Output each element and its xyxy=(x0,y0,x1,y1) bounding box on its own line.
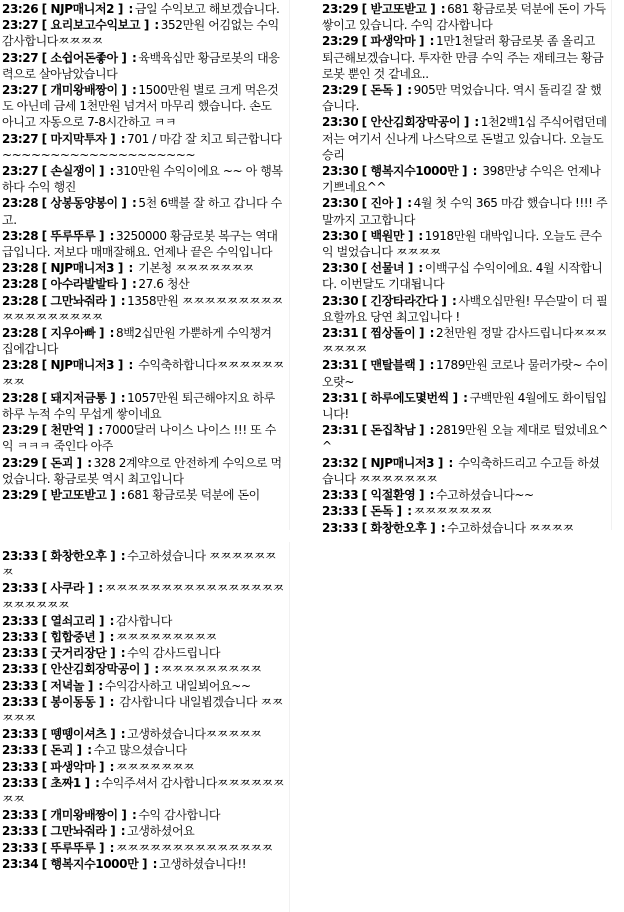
message-separator: : xyxy=(416,229,424,243)
message-separator: : xyxy=(108,326,116,340)
message-username: 안산김회장막공이 xyxy=(42,662,149,676)
chat-message: 23:33 뗑뗑이셔츠 :고생하셨습니다ㅉㅉㅉㅉㅉ xyxy=(2,726,286,742)
message-username: 천만억 xyxy=(42,423,93,437)
message-time: 23:27 xyxy=(2,51,38,65)
message-username: 손실쟁이 xyxy=(42,164,105,178)
message-time: 23:33 xyxy=(2,662,38,676)
chat-message: 23:34 행복지수1000만 :고생하셨습니다!! xyxy=(2,856,286,872)
message-separator: : xyxy=(428,358,436,372)
message-time: 23:34 xyxy=(2,857,38,871)
message-username: 상봉동양봉이 xyxy=(42,196,127,210)
message-time: 23:29 xyxy=(2,488,38,502)
message-username: 굿거리장단 xyxy=(42,646,116,660)
message-separator: : xyxy=(151,857,159,871)
message-time: 23:33 xyxy=(2,727,38,741)
message-separator: : xyxy=(96,581,104,595)
message-username: 봉이동동 xyxy=(42,695,105,709)
chat-message: 23:33 돈독 :ㅉㅉㅉㅉㅉㅉㅉ xyxy=(322,503,608,519)
message-username: 개미왕배짱이 xyxy=(42,808,127,822)
message-username: 백원만 xyxy=(362,229,413,243)
message-separator: : xyxy=(119,727,127,741)
message-time: 23:29 xyxy=(2,423,38,437)
message-separator: : xyxy=(126,2,134,16)
message-text: 수고하셨습니다 ㅉㅉㅉㅉ xyxy=(447,521,574,535)
message-time: 23:33 xyxy=(2,760,38,774)
message-separator: : xyxy=(93,776,101,790)
chat-message: 23:33 사쿠라 :ㅉㅉㅉㅉㅉㅉㅉㅉㅉㅉㅉㅉㅉㅉㅉㅉㅉㅉㅉㅉㅉㅉ xyxy=(2,580,286,612)
message-username: 행복지수1000만 xyxy=(362,164,468,178)
chat-log-top-left: 23:26 NJP매니저2 :금일 수익보고 해보겠습니다.23:27 요리보고… xyxy=(0,0,290,530)
message-separator: : xyxy=(108,695,116,709)
message-time: 23:31 xyxy=(322,423,358,437)
message-text: 수익감사하고 내일뵈어요~~ xyxy=(105,679,251,693)
message-text: ㅉㅉㅉㅉㅉㅉㅉㅉㅉㅉㅉㅉㅉㅉ xyxy=(116,841,273,855)
message-separator: : xyxy=(119,488,127,502)
chat-message: 23:30 긴장타라간다 :사백오십만원! 무슨말이 더 필요할까요 당연 최고… xyxy=(322,293,608,325)
chat-messages: 23:26 NJP매니저2 :금일 수익보고 해보겠습니다.23:27 요리보고… xyxy=(2,1,286,503)
message-separator: : xyxy=(416,261,424,275)
chat-message: 23:33 안산김회장막공이 :ㅉㅉㅉㅉㅉㅉㅉㅉㅉ xyxy=(2,661,286,677)
chat-message: 23:30 안산김회장막공이 :1천2백1십 주식어렵던데 저는 여기서 신나게… xyxy=(322,114,608,163)
message-username: 뚜루뚜루 xyxy=(42,229,105,243)
message-username: 아수라발발타 xyxy=(42,277,127,291)
message-time: 23:33 xyxy=(322,521,358,535)
chat-message: 23:28 아수라발발타 :27.6 청산 xyxy=(2,276,286,292)
message-time: 23:33 xyxy=(2,808,38,822)
chat-message: 23:28 상봉동양봉이 :5천 6백불 잘 하고 갑니다 수고. xyxy=(2,195,286,227)
chat-message: 23:32 NJP매니저3 : 수익축하드리고 수고들 하셨습니다 ㅉㅉㅉㅉㅉㅉ… xyxy=(322,455,608,487)
message-separator: : xyxy=(119,294,127,308)
chat-message: 23:31 맨탈블랙 :1789만원 코로나 물러가랏~ 수이 오랏~ xyxy=(322,357,608,389)
message-separator: : xyxy=(461,391,469,405)
message-time: 23:33 xyxy=(2,630,38,644)
message-username: 돼지저금통 xyxy=(42,391,116,405)
chat-message: 23:29 받고또받고 :681 황금로봇 덕분에 돈이 가득 쌓이고 있습니다… xyxy=(322,1,608,33)
message-time: 23:27 xyxy=(2,83,38,97)
message-time: 23:28 xyxy=(2,196,38,210)
message-username: 개미왕배짱이 xyxy=(42,83,127,97)
chat-message: 23:31 하루에도몇번씩 :구백만원 4월에도 화이팁입니다! xyxy=(322,390,608,422)
message-username: 파생악마 xyxy=(42,760,105,774)
message-time: 23:33 xyxy=(2,549,38,563)
message-username: 돈독 xyxy=(362,83,402,97)
message-time: 23:33 xyxy=(2,614,38,628)
chat-message: 23:29 돈괴 :328 2계약으로 안전하게 수익으로 먹었습니다. 황금로… xyxy=(2,455,286,487)
message-text: 기본청 ㅉㅉㅉㅉㅉㅉㅉ xyxy=(135,261,254,275)
message-separator: : xyxy=(428,423,436,437)
message-time: 23:33 xyxy=(322,488,358,502)
message-username: 돈집착남 xyxy=(362,423,425,437)
message-separator: : xyxy=(405,83,413,97)
chat-message: 23:33 화창한오후 :수고하셨습니다 ㅉㅉㅉㅉ xyxy=(322,520,608,536)
chat-message: 23:33 초짜1 :수익주셔서 감사합니다ㅉㅉㅉㅉㅉㅉㅉㅉ xyxy=(2,775,286,807)
message-separator: : xyxy=(446,456,454,470)
message-username: 선물녀 xyxy=(362,261,413,275)
chat-message: 23:33 뚜루뚜루 :ㅉㅉㅉㅉㅉㅉㅉㅉㅉㅉㅉㅉㅉㅉ xyxy=(2,840,286,856)
chat-message: 23:29 돈독 :905만 먹었습니다. 역시 돌리길 잘 했습니다. xyxy=(322,82,608,114)
message-username: 그만놔줘라 xyxy=(42,824,116,838)
message-username: 익절환영 xyxy=(362,488,425,502)
chat-message: 23:27 개미왕배짱이 :1500만원 별로 크게 먹은것도 아닌데 금세 1… xyxy=(2,82,286,131)
message-separator: : xyxy=(96,679,104,693)
message-username: NJP매니저3 xyxy=(42,261,123,275)
message-separator: : xyxy=(119,646,127,660)
chat-message: 23:33 돈괴 :수고 많으셨습니다 xyxy=(2,742,286,758)
message-text: ㅉㅉㅉㅉㅉㅉㅉㅉㅉ xyxy=(116,630,217,644)
message-separator: : xyxy=(108,760,116,774)
message-separator: : xyxy=(439,521,447,535)
message-text: ㅉㅉㅉㅉㅉㅉㅉ xyxy=(414,504,492,518)
message-time: 23:28 xyxy=(2,229,38,243)
message-text: 681 황금로봇 덕분에 돈이 xyxy=(127,488,260,502)
chat-message: 23:29 파생악마 :1만1천달러 황금로봇 좀 올리고 퇴근해보겠습니다. … xyxy=(322,33,608,82)
chat-message: 23:33 봉이동동 : 감사합니다 내일뵙겠습니다 ㅉㅉㅉㅉㅉ xyxy=(2,694,286,726)
chat-message: 23:33 저녁놀 :수익감사하고 내일뵈어요~~ xyxy=(2,678,286,694)
message-username: 요리보고수익보고 xyxy=(42,18,149,32)
message-username: 화창한오후 xyxy=(362,521,436,535)
message-separator: : xyxy=(108,229,116,243)
chat-message: 23:27 소쉽어돈좋아 :육백육십만 황금로봇의 대응력으로 살아남았습니다 xyxy=(2,50,286,82)
message-separator: : xyxy=(119,824,127,838)
message-username: 받고또받고 xyxy=(42,488,116,502)
chat-message: 23:30 백원만 :1918만원 대박입니다. 오늘도 큰수익 벌었습니다 ㅉ… xyxy=(322,228,608,260)
message-time: 23:31 xyxy=(322,391,358,405)
message-text: 고생하셨습니다ㅉㅉㅉㅉㅉ xyxy=(127,727,261,741)
message-time: 23:33 xyxy=(2,679,38,693)
message-time: 23:29 xyxy=(2,456,38,470)
message-time: 23:31 xyxy=(322,358,358,372)
message-username: 긴장타라간다 xyxy=(362,294,447,308)
message-text: 수익 감사합니다 xyxy=(138,808,220,822)
chat-message: 23:33 파생악마 :ㅉㅉㅉㅉㅉㅉㅉ xyxy=(2,759,286,775)
chat-message: 23:27 마지막투자 :701 / 마감 잘 치고 퇴근합니다 ~~~~~~~… xyxy=(2,131,286,163)
chat-message: 23:33 개미왕배짱이 :수익 감사합니다 xyxy=(2,807,286,823)
message-text: 금일 수익보고 해보겠습니다. xyxy=(135,2,280,16)
chat-log-top-right: 23:29 받고또받고 :681 황금로봇 덕분에 돈이 가득 쌓이고 있습니다… xyxy=(320,0,612,530)
chat-message: 23:33 굿거리장단 :수익 감사드립니다 xyxy=(2,645,286,661)
message-username: 힙합중년 xyxy=(42,630,105,644)
message-text: 수고 많으셨습니다 xyxy=(94,743,187,757)
message-separator: : xyxy=(85,743,93,757)
message-username: 지우아빠 xyxy=(42,326,105,340)
chat-message: 23:33 그만놔줘라 :고생하셨어요 xyxy=(2,823,286,839)
message-time: 23:33 xyxy=(2,581,38,595)
chat-message: 23:28 돼지저금통 :1057만원 퇴근해야지요 하루하루 누적 수익 무섭… xyxy=(2,390,286,422)
chat-message: 23:30 행복지수1000만 : 398만냥 수익은 언제나 기쁘네요^^ xyxy=(322,163,608,195)
message-separator: : xyxy=(108,841,116,855)
chat-message: 23:28 지우아빠 :8백2십만원 가뿐하게 수익챙겨 집에갑니다 xyxy=(2,325,286,357)
chat-message: 23:28 뚜루뚜루 :3250000 황금로봇 복구는 역대급입니다. 저보다… xyxy=(2,228,286,260)
message-separator: : xyxy=(152,662,160,676)
message-time: 23:28 xyxy=(2,326,38,340)
chat-message: 23:30 진아 :4월 첫 수익 365 마감 했습니다 !!!! 주말까지 … xyxy=(322,195,608,227)
message-separator: : xyxy=(428,34,436,48)
message-text: 27.6 청산 xyxy=(138,277,189,291)
message-separator: : xyxy=(108,614,116,628)
message-username: 열쇠고리 xyxy=(42,614,105,628)
message-time: 23:30 xyxy=(322,261,358,275)
message-time: 23:33 xyxy=(2,841,38,855)
message-time: 23:27 xyxy=(2,132,38,146)
message-text: 고생하셨습니다!! xyxy=(159,857,246,871)
message-separator: : xyxy=(85,456,93,470)
message-time: 23:30 xyxy=(322,196,358,210)
chat-message: 23:33 힙합중년 :ㅉㅉㅉㅉㅉㅉㅉㅉㅉ xyxy=(2,629,286,645)
message-time: 23:29 xyxy=(322,83,358,97)
chat-message: 23:31 찜상돌이 :2천만원 정말 감사드립니다ㅉㅉㅉㅉㅉㅉㅉ xyxy=(322,325,608,357)
message-username: 돈독 xyxy=(362,504,402,518)
message-time: 23:27 xyxy=(2,164,38,178)
panel-border xyxy=(289,0,290,530)
message-time: 23:30 xyxy=(322,164,358,178)
message-separator: : xyxy=(428,326,436,340)
message-separator: : xyxy=(428,488,436,502)
chat-message: 23:28 NJP매니저3 : 기본청 ㅉㅉㅉㅉㅉㅉㅉ xyxy=(2,260,286,276)
message-time: 23:28 xyxy=(2,294,38,308)
message-username: 찜상돌이 xyxy=(362,326,425,340)
chat-message: 23:30 선물녀 :이백구십 수익이에요. 4월 시작합니다. 이번달도 기대… xyxy=(322,260,608,292)
message-username: 뚜루뚜루 xyxy=(42,841,105,855)
message-username: NJP매니저3 xyxy=(42,358,123,372)
message-username: 사쿠라 xyxy=(42,581,93,595)
message-time: 23:33 xyxy=(2,743,38,757)
message-separator: : xyxy=(126,261,134,275)
message-time: 23:33 xyxy=(2,776,38,790)
message-separator: : xyxy=(152,18,160,32)
chat-message: 23:28 그만놔줘라 :1358만원 ㅉㅉㅉㅉㅉㅉㅉㅉㅉㅉㅉㅉㅉㅉㅉㅉㅉㅉ xyxy=(2,293,286,325)
message-time: 23:33 xyxy=(322,504,358,518)
chat-message: 23:27 손실쟁이 :310만원 수익이에요 ~~ 아 행복하다 수익 행진 xyxy=(2,163,286,195)
message-username: 초짜1 xyxy=(42,776,90,790)
chat-message: 23:31 돈집착남 :2819만원 오늘 제대로 털었네요^^ xyxy=(322,422,608,454)
chat-log-bottom: 23:33 화창한오후 :수고하셨습니다 ㅉㅉㅉㅉㅉㅉㅉ23:33 사쿠라 :ㅉ… xyxy=(0,548,290,912)
message-time: 23:28 xyxy=(2,391,38,405)
message-username: 돈괴 xyxy=(42,743,82,757)
message-time: 23:30 xyxy=(322,115,358,129)
message-separator: : xyxy=(119,549,127,563)
message-text: 수익 감사드립니다 xyxy=(127,646,220,660)
message-username: 저녁놀 xyxy=(42,679,93,693)
message-time: 23:33 xyxy=(2,695,38,709)
message-separator: : xyxy=(96,423,104,437)
message-separator: : xyxy=(439,2,447,16)
message-username: 받고또받고 xyxy=(362,2,436,16)
message-time: 23:28 xyxy=(2,261,38,275)
message-separator: : xyxy=(108,630,116,644)
message-separator: : xyxy=(119,391,127,405)
message-username: 하루에도몇번씩 xyxy=(362,391,458,405)
message-username: 화창한오후 xyxy=(42,549,116,563)
message-time: 23:31 xyxy=(322,326,358,340)
message-text: 수고하셨습니다~~ xyxy=(436,488,534,502)
chat-message: 23:26 NJP매니저2 :금일 수익보고 해보겠습니다. xyxy=(2,1,286,17)
message-username: 소쉽어돈좋아 xyxy=(42,51,127,65)
message-time: 23:33 xyxy=(2,824,38,838)
message-time: 23:30 xyxy=(322,229,358,243)
message-time: 23:33 xyxy=(2,646,38,660)
message-separator: : xyxy=(405,504,413,518)
message-username: 돈괴 xyxy=(42,456,82,470)
chat-messages: 23:29 받고또받고 :681 황금로봇 덕분에 돈이 가득 쌓이고 있습니다… xyxy=(322,1,608,536)
message-username: 행복지수1000만 xyxy=(42,857,148,871)
message-username: NJP매니저2 xyxy=(42,2,123,16)
chat-message: 23:28 NJP매니저3 : 수익축하합니다ㅉㅉㅉㅉㅉㅉㅉㅉ xyxy=(2,357,286,389)
message-separator: : xyxy=(471,164,479,178)
message-separator: : xyxy=(126,358,134,372)
chat-message: 23:33 화창한오후 :수고하셨습니다 ㅉㅉㅉㅉㅉㅉㅉ xyxy=(2,548,286,580)
message-text: 고생하셨어요 xyxy=(127,824,194,838)
message-time: 23:29 xyxy=(322,2,358,16)
message-time: 23:28 xyxy=(2,358,38,372)
message-username: 그만놔줘라 xyxy=(42,294,116,308)
message-time: 23:28 xyxy=(2,277,38,291)
message-username: 뗑뗑이셔츠 xyxy=(42,727,116,741)
message-time: 23:27 xyxy=(2,18,38,32)
message-username: 파생악마 xyxy=(362,34,425,48)
panel-border xyxy=(289,542,290,912)
chat-message: 23:29 받고또받고 :681 황금로봇 덕분에 돈이 xyxy=(2,487,286,503)
message-username: 진아 xyxy=(362,196,402,210)
message-separator: : xyxy=(405,196,413,210)
message-username: 마지막투자 xyxy=(42,132,116,146)
message-separator: : xyxy=(119,132,127,146)
message-time: 23:30 xyxy=(322,294,358,308)
message-text: 감사합니다 xyxy=(116,614,172,628)
chat-message: 23:29 천만억 :7000달러 나이스 나이스 !!! 또 수익 ㅋㅋㅋ 죽… xyxy=(2,422,286,454)
message-username: 안산김회장막공이 xyxy=(362,115,469,129)
message-username: 맨탈블랙 xyxy=(362,358,425,372)
chat-message: 23:33 익절환영 :수고하셨습니다~~ xyxy=(322,487,608,503)
chat-messages: 23:33 화창한오후 :수고하셨습니다 ㅉㅉㅉㅉㅉㅉㅉ23:33 사쿠라 :ㅉ… xyxy=(2,548,286,872)
chat-message: 23:33 열쇠고리 :감사합니다 xyxy=(2,613,286,629)
chat-message: 23:27 요리보고수익보고 :352만원 어김없는 수익 감사합니다ㅉㅉㅉㅉ xyxy=(2,17,286,49)
message-separator: : xyxy=(108,164,116,178)
message-time: 23:26 xyxy=(2,2,38,16)
message-separator: : xyxy=(472,115,480,129)
message-text: ㅉㅉㅉㅉㅉㅉㅉ xyxy=(116,760,194,774)
message-text: ㅉㅉㅉㅉㅉㅉㅉㅉㅉ xyxy=(161,662,262,676)
message-username: NJP매니저3 xyxy=(362,456,443,470)
message-time: 23:29 xyxy=(322,34,358,48)
panel-border xyxy=(611,0,612,530)
message-time: 23:32 xyxy=(322,456,358,470)
